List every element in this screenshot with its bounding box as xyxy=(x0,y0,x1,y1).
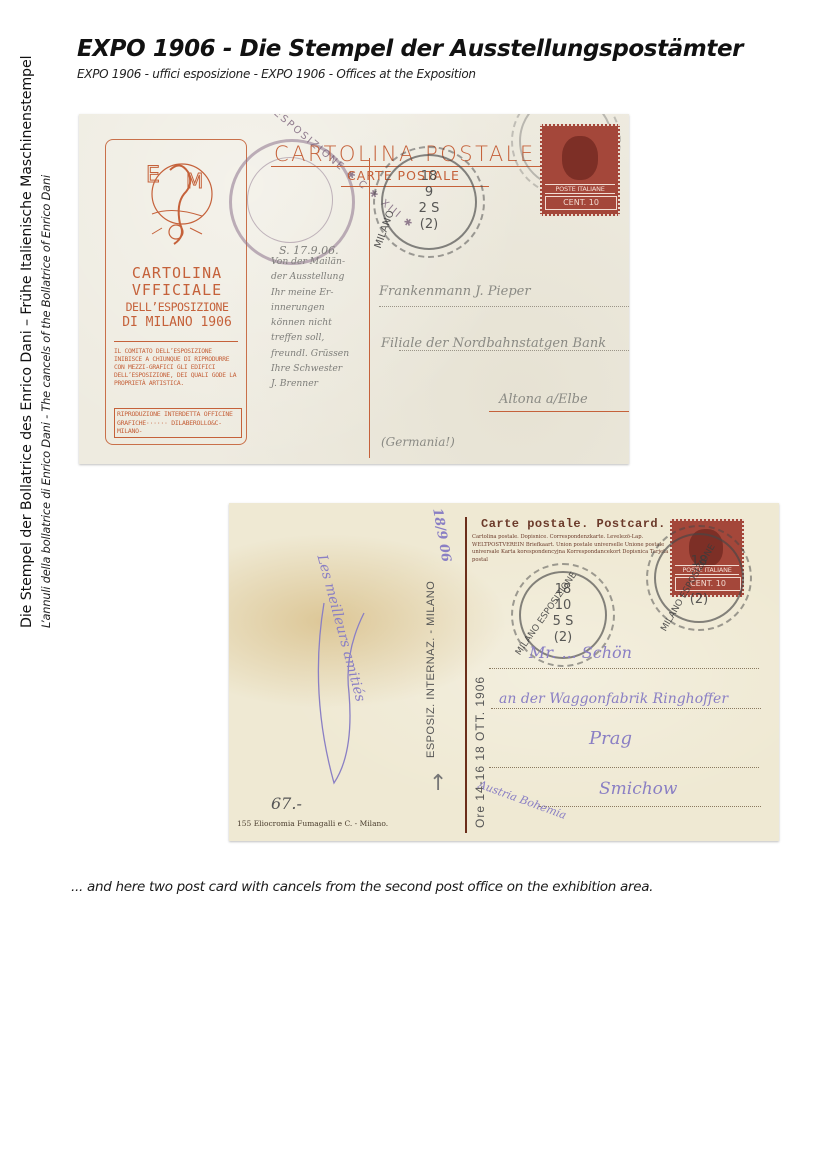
svg-text:E: E xyxy=(146,163,160,188)
official-card-panel: E M CARTOLINA VFFICIALE DELL’ESPOSIZIONE… xyxy=(105,139,247,445)
address-line-1: Mr. ... Schön xyxy=(529,643,632,662)
king-portrait-icon xyxy=(562,136,598,180)
copyright-notice: IL COMITATO DELL’ESPOSIZIONE INIBISCE A … xyxy=(114,348,240,388)
side-title-main: Die Stempel der Bollatrice des Enrico Da… xyxy=(18,28,36,628)
address-line-4: Smichow xyxy=(599,779,677,799)
postcard-2: Les meilleurs amitiés 18/9 06 ESPOSIZ. I… xyxy=(229,503,779,841)
divider xyxy=(114,341,238,342)
written-date: 18/9 06 xyxy=(429,507,453,563)
multilingual-header: Cartolina postale. Dopisnice. Correspond… xyxy=(472,534,672,564)
address-line-2: an der Waggonfabrik Ringhoffer xyxy=(499,691,728,707)
card-divider xyxy=(465,517,467,833)
postcard-1: E M CARTOLINA VFFICIALE DELL’ESPOSIZIONE… xyxy=(79,114,629,464)
address-line-3: Prag xyxy=(589,728,632,749)
handwritten-message: Von der Mailän- der Ausstellung Ihr mein… xyxy=(271,254,366,392)
side-title: Die Stempel der Bollatrice des Enrico Da… xyxy=(18,28,54,628)
expo-logo-icon: E M xyxy=(142,152,214,252)
exposition-date-stamp: ESPOSIZ. INTERNAZ. - MILANO xyxy=(425,581,437,758)
card-header: Carte postale. Postcard. xyxy=(481,517,666,531)
address-line-3: Altona a/Elbe xyxy=(499,392,588,407)
page-subtitle: EXPO 1906 - uffici esposizione - EXPO 19… xyxy=(77,67,476,81)
caption: ... and here two post card with cancels … xyxy=(71,879,653,895)
milano-cancel: 18 9 2 S (2) xyxy=(381,154,477,250)
pencil-price: 67.- xyxy=(271,794,302,813)
reception-date-stamp: Ore 14-16 18 OTT. 1906 xyxy=(473,676,487,828)
arrow-up-icon: ↑ xyxy=(429,771,447,796)
printer-imprint: 155 Eliocromia Fumagalli e C. - Milano. xyxy=(237,819,388,828)
page-title: EXPO 1906 - Die Stempel der Ausstellungs… xyxy=(77,36,743,62)
official-card-title: CARTOLINA VFFICIALE DELL’ESPOSIZIONE DI … xyxy=(112,265,242,331)
postage-stamp: POSTE ITALIANE CENT. 10 xyxy=(540,124,620,216)
country: (Germania!) xyxy=(381,434,455,450)
signature-scribble xyxy=(299,593,369,793)
address-line-2: Filiale der Nordbahnstatgen Bank xyxy=(381,336,606,351)
side-title-sub: L’annuli della bollatrice di Enrico Dani… xyxy=(38,28,54,628)
country-note: Austria Bohemia xyxy=(477,778,569,822)
reproduction-notice: RIPRODUZIONE INTERDETTA OFFICINE GRAFICH… xyxy=(114,408,242,438)
address-line-1: Frankenmann J. Pieper xyxy=(379,284,531,299)
card-divider xyxy=(369,158,370,458)
